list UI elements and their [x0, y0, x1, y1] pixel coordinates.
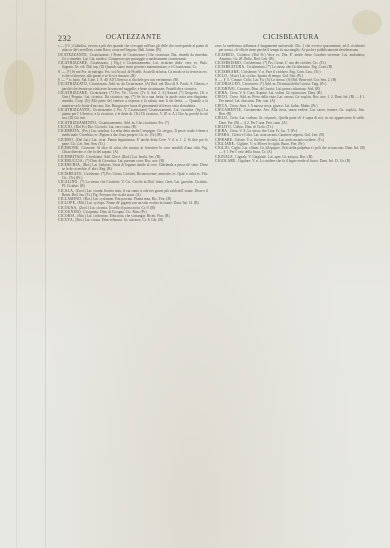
running-head-right: CICISBEATURA — [263, 33, 319, 41]
paper-stain — [352, 10, 382, 35]
scanned-dictionary-page: 232 OCATEZZANTE CICISBEATURA s — § 9. ) … — [0, 0, 390, 548]
entry-definition: (*) Lo stesso che Cicaletto. V. Cic. Cec… — [62, 180, 208, 188]
dictionary-entry: CIGOLARE, Cigolare. V. n. Lo stridere ch… — [215, 159, 365, 163]
dictionary-entry: CIECAMENTE, Ciecamente. Avv. Alla cieca,… — [215, 108, 365, 117]
dictionary-entry: CICALINO, (*) Lo stesso che Cicaletto. V… — [58, 180, 208, 189]
dictionary-entry: rose; la medesima influenza è lungamente… — [215, 44, 365, 53]
entry-definition: Cieco. Add. m. Privo della vista. Lat. c… — [219, 95, 365, 103]
entry-definition: Cicerone. Si dice di colui che mostra ai… — [62, 146, 208, 154]
right-column: rose; la medesima influenza è lungamente… — [215, 44, 365, 496]
left-column: s — § 9. ) Gaboliss, ovvero a più che qu… — [58, 44, 208, 512]
dictionary-entry: CIECO, Cieco. Add. m. Privo della vista.… — [215, 95, 365, 104]
entry-definition: (Frs.) Lat. sonchus. La erba detta anche… — [62, 129, 208, 137]
entry-definition: s — § 9. ) Gaboliss, ovvero a più che qu… — [58, 44, 208, 52]
dictionary-entry: CICATRIZZARE, Cicatrizzare. (*) Frs. Vic… — [58, 91, 208, 108]
dictionary-entry: CICERCHIA, (Bot.) Lat. lathyrus. Sorta d… — [58, 163, 208, 172]
running-head-left: OCATEZZANTE — [106, 33, 161, 41]
entry-definition: Cicisbeo. (Dal Fr.) Voce ec. Diz. E' anc… — [219, 53, 365, 61]
paper-stain — [4, 60, 34, 115]
entry-headword: CICUTA, — [58, 218, 75, 222]
dictionary-entry: CIELO, Cielo. Lat. coelum. Gr. οὐρανός. … — [215, 116, 365, 125]
entry-definition: (Dal Lat.) Lat. cicer. Pianta leguminosa… — [62, 138, 208, 146]
dictionary-entry: CICERO, (Dal Lat.) Lat. cicer. Pianta le… — [58, 138, 208, 147]
dictionary-entry: OCATEZZANTE, Cicatrizzante. ( Fisen. di … — [58, 53, 208, 62]
dictionary-entry: CIGLIO, Ciglio. Lat. cilium. Gr. βλέφαρο… — [215, 146, 365, 155]
running-header: 232 OCATEZZANTE CICISBEATURA — [58, 33, 365, 43]
dictionary-entry: S — (*) Si noi Frs. in nutrigio. Frs. so… — [58, 70, 208, 79]
dictionary-entry: CICATRIZZATO, Cicatrizzato. Add. m. da C… — [58, 82, 208, 91]
entry-definition: Ciglio. Lat. cilium. Gr. βλέφαρον. Orlo … — [219, 146, 365, 154]
dictionary-entry: CICATRIZZARE, Cicatrizzato. ( Frg.) e Ci… — [58, 61, 208, 70]
entry-headword: CIGOLARE, — [215, 159, 238, 163]
dictionary-entry: CICUTA, (Bot.) Lat. cicuta. Erba velenos… — [58, 218, 208, 222]
dictionary-entry: s — § 9. ) Gaboliss, ovvero a più che qu… — [58, 44, 208, 53]
entry-definition: (Bot.) Lat. lathyrus. Sorta di legume si… — [62, 163, 208, 171]
entry-definition: rose; la medesima influenza è lungamente… — [215, 44, 365, 52]
dictionary-entry: CICISBEO, Cicisbeo. (Dal Fr.) Voce ec. D… — [215, 53, 365, 62]
page-number: 232 — [58, 34, 72, 43]
dictionary-entry: CICERONE, Cicerone. Si dice di colui che… — [58, 146, 208, 155]
entry-definition: (Zool.) Lat. cicada. Insetto noto, il cu… — [62, 189, 208, 197]
entry-definition: (*) Si noi Frs. in nutrigio. Frs. sol Ac… — [62, 70, 208, 78]
dictionary-entry: CICATRIZZANTE, Cicatrizzante. ( Frs. V. … — [58, 108, 208, 121]
entry-definition: Cicisbeato. (*) Frs. Ciono, Cicisbei, Ri… — [62, 172, 208, 180]
dictionary-entry: CICISBEATO, Cicisbeato. (*) Frs. Ciono, … — [58, 172, 208, 181]
entry-definition: (Bot.) Lat. cicuta. Erba velenosa. Gr. κ… — [75, 218, 163, 222]
dictionary-entry: CICALA, (Zool.) Lat. cicada. Insetto not… — [58, 189, 208, 198]
dictionary-entry: CICERBITA, (Frs.) Lat. sonchus. La erba … — [58, 129, 208, 138]
entry-definition: Cielo. Lat. coelum. Gr. οὐρανός. Quella … — [219, 116, 365, 124]
entry-definition: Cigolare. V. n. Lo stridere che fa il le… — [238, 159, 350, 163]
